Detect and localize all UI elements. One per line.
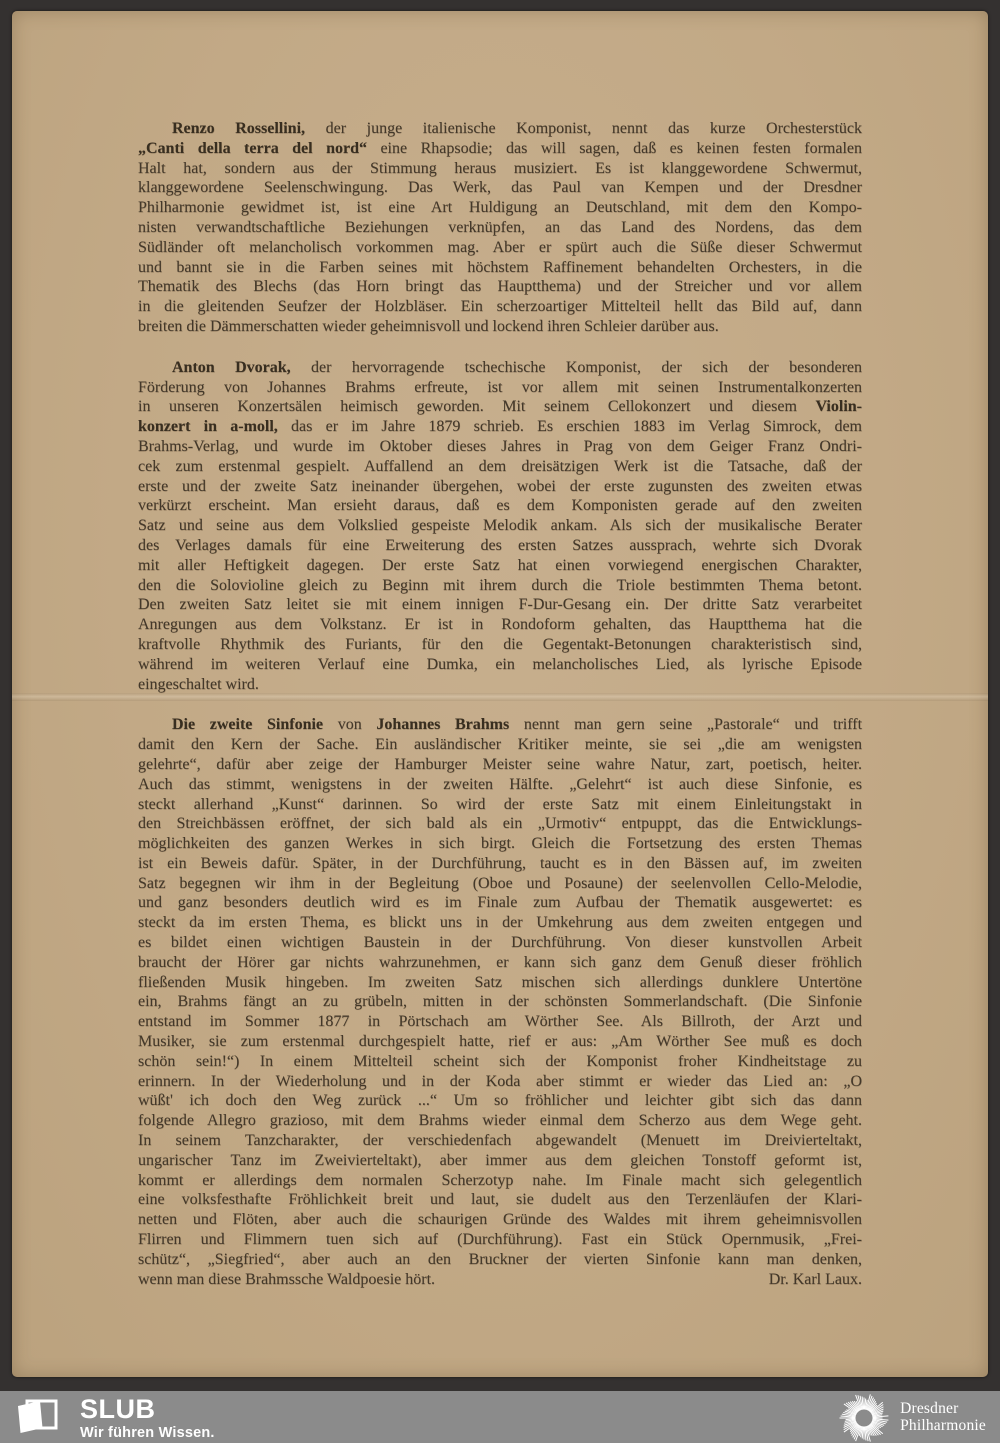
text-line: Musiker, sie zum erstenmal durchgespielt… [138, 1032, 862, 1052]
text-line: Die zweite Sinfonie von Johannes Brahms … [138, 715, 862, 735]
text-line: erinnern. In der Wiederholung und in der… [138, 1072, 862, 1092]
text-line: während im weiteren Verlauf eine Dumka, … [138, 655, 862, 675]
text-line: konzert in a-moll, das er im Jahre 1879 … [138, 417, 862, 437]
text-line: kraftvolle Rhythmik des Furiants, für de… [138, 635, 862, 655]
philharmonie-text: Dresdner Philharmonie [900, 1400, 986, 1435]
slub-book-icon [14, 1398, 60, 1441]
text-line: ein, Brahms fängt an zu grübeln, mitten … [138, 992, 862, 1012]
text-line: und ganz besonders deutlich wird es im F… [138, 893, 862, 913]
text-line: Satz begegnen wir ihm in der Begleitung … [138, 874, 862, 894]
author-signature: Dr. Karl Laux. [769, 1270, 862, 1290]
text-line: und bannt sie in die Farben seines mit h… [138, 258, 862, 278]
text-line: es bildet einen wichtigen Baustein in de… [138, 933, 862, 953]
text-line: steckt allerhand „Kunst“ darinnen. So wi… [138, 795, 862, 815]
text-line: nisten verwandtschaftliche Beziehungen v… [138, 218, 862, 238]
text-line: steckt da im ersten Thema, es blickt uns… [138, 913, 862, 933]
text-line: Brahms-Verlag, und wurde im Oktober dies… [138, 437, 862, 457]
text-line: folgende Allegro grazioso, mit dem Brahm… [138, 1111, 862, 1131]
text-line: in die gleitenden Seufzer der Holzbläser… [138, 297, 862, 317]
text-line: Anregungen aus dem Volkstanz. Er ist in … [138, 615, 862, 635]
text-line: des Verlages damals für eine Erweiterung… [138, 536, 862, 556]
text-line: damit den Kern der Sache. Ein ausländisc… [138, 735, 862, 755]
scanned-document-page: Renzo Rossellini, der junge italienische… [12, 11, 988, 1377]
text-line: Den zweiten Satz leitet sie mit einem in… [138, 595, 862, 615]
text-line: wenn man diese Brahmssche Waldpoesie hör… [138, 1270, 862, 1290]
slub-logo[interactable]: SLUB Wir führen Wissen. [14, 1391, 215, 1443]
text-line: schütz“, „Siegfried“, aber auch an den B… [138, 1250, 862, 1270]
dresdner-philharmonie-logo[interactable]: Dresdner Philharmonie [839, 1391, 986, 1443]
philharmonie-line1: Dresdner [900, 1400, 986, 1418]
text-line: verkürzt erscheint. Man ersieht daraus, … [138, 496, 862, 516]
sunburst-icon [839, 1393, 889, 1443]
text-line: kommt er allerdings dem normalen Scherzo… [138, 1171, 862, 1191]
text-line: schön sein!“) In einem Mittelteil schein… [138, 1052, 862, 1072]
text-line: wüßt' ich doch den Weg zurück ...“ Um so… [138, 1091, 862, 1111]
viewer-footer-bar: SLUB Wir führen Wissen. Dresdner Philhar… [0, 1391, 1000, 1443]
paragraph: Renzo Rossellini, der junge italienische… [138, 119, 862, 337]
document-text: Renzo Rossellini, der junge italienische… [138, 119, 862, 1289]
text-line: Auch das stimmt, wenigstens in der zweit… [138, 775, 862, 795]
text-line: ungarischer Tanz im Zweivierteltakt), ab… [138, 1151, 862, 1171]
text-line: klanggewordene Seelenschwingung. Das Wer… [138, 178, 862, 198]
text-line: den Streichbässen eröffnet, der sich bal… [138, 814, 862, 834]
text-line: Thematik des Blechs (das Horn bringt das… [138, 277, 862, 297]
slub-tagline: Wir führen Wissen. [80, 1425, 215, 1441]
slub-wordmark: SLUB [80, 1397, 215, 1422]
slub-text: SLUB Wir führen Wissen. [80, 1397, 215, 1441]
text-line: In seinem Tanzcharakter, der verschieden… [138, 1131, 862, 1151]
text-line: in unseren Konzertsälen heimisch geworde… [138, 397, 862, 417]
text-line: braucht der Hörer gar nichts wahrzunehme… [138, 953, 862, 973]
text-line: „Canti della terra del nord“ eine Rhapso… [138, 139, 862, 159]
text-line: Flirren und Flimmern tuen sich auf (Durc… [138, 1230, 862, 1250]
text-line: Südländer oft melancholisch vorkommen ma… [138, 238, 862, 258]
text-line: möglichkeiten des ganzen Werkes in sich … [138, 834, 862, 854]
text-line: fließenden Musik hingeben. Im zweiten Sa… [138, 973, 862, 993]
philharmonie-line2: Philharmonie [900, 1417, 986, 1435]
paragraph: Anton Dvorak, der hervorragende tschechi… [138, 358, 862, 695]
text-line: eingeschaltet wird. [138, 675, 862, 695]
text-line: Anton Dvorak, der hervorragende tschechi… [138, 358, 862, 378]
text-line: Förderung von Johannes Brahms erfreute, … [138, 378, 862, 398]
text-line: Halt hat, sondern aus der Stimmung herau… [138, 159, 862, 179]
text-line: cek zum erstenmal gespielt. Auffallend a… [138, 457, 862, 477]
closing-sentence: wenn man diese Brahmssche Waldpoesie hör… [138, 1270, 435, 1290]
text-line: netten und Flöten, aber auch die schauri… [138, 1210, 862, 1230]
paragraph: Die zweite Sinfonie von Johannes Brahms … [138, 715, 862, 1289]
text-line: ist ein Beweis dafür. Später, in der Dur… [138, 854, 862, 874]
text-line: Philharmonie gewidmet ist, ist eine Art … [138, 198, 862, 218]
text-line: gelehrte“, dafür aber zeige der Hamburge… [138, 755, 862, 775]
text-line: Satz und seine aus dem Volkslied gespeis… [138, 516, 862, 536]
text-line: den die Solovioline gleich zu Beginn mit… [138, 576, 862, 596]
text-line: erste und der zweite Satz ineinander übe… [138, 477, 862, 497]
text-line: breiten die Dämmerschatten wieder geheim… [138, 317, 862, 337]
text-line: entstand im Sommer 1877 in Pörtschach am… [138, 1012, 862, 1032]
text-line: Renzo Rossellini, der junge italienische… [138, 119, 862, 139]
text-line: eine volksfesthafte Fröhlichkeit breit u… [138, 1190, 862, 1210]
text-line: mit aller Heftigkeit dagegen. Der erste … [138, 556, 862, 576]
